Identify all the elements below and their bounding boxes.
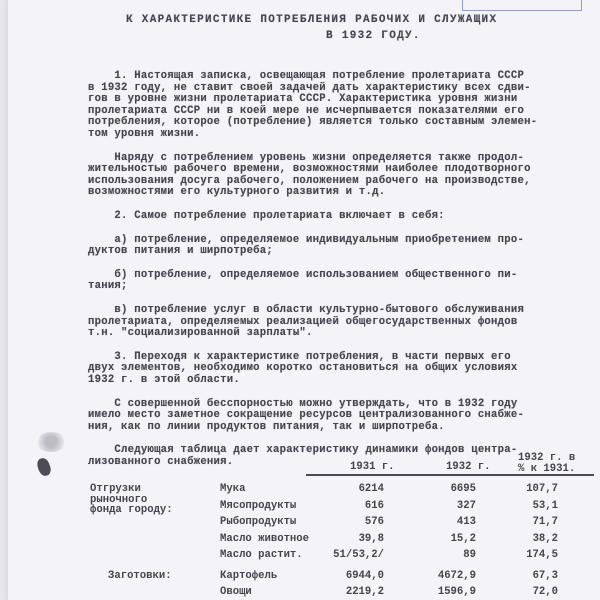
document-page: К ХАРАКТЕРИСТИКЕ ПОТРЕБЛЕНИЯ РАБОЧИХ И С… xyxy=(8,0,600,600)
cell-pct: 107,7 xyxy=(498,483,558,495)
group-label: фонда городу: xyxy=(90,504,173,516)
table-header-rule xyxy=(306,474,594,476)
body-line: 2. Самое потребление пролетариата включа… xyxy=(88,210,445,222)
body-line: двух элементов, необходимо коротко остан… xyxy=(88,362,517,374)
cell-1932: 4672,9 xyxy=(416,570,476,582)
cell-pct: 67,3 xyxy=(498,570,558,582)
cell-1931: 51/53,2/ xyxy=(324,549,384,561)
body-line: 3. Переходя к характеристике потребления… xyxy=(88,351,511,363)
ink-blot xyxy=(35,456,52,477)
body-line: жительностью рабочего времени, возможнос… xyxy=(88,163,531,175)
ink-stain xyxy=(36,432,66,452)
row-item: Рыбопродукты xyxy=(220,516,296,528)
body-line: дуктов питания и ширпотреба; xyxy=(88,245,273,257)
body-line: том уровня жизни. xyxy=(88,128,200,140)
cell-1931: 616 xyxy=(324,500,384,512)
header-1932: 1932 г. xyxy=(446,461,491,473)
body-line: б) потребление, определяемое использован… xyxy=(88,269,517,281)
body-line: потребления, которое (потребление) являе… xyxy=(88,116,537,128)
body-line: пролетариата СССР ни в коей мере не исче… xyxy=(88,105,524,117)
body-line: лизованного снабжения. xyxy=(88,456,233,468)
cell-1931: 6944,0 xyxy=(324,570,384,582)
body-line: использования досуга рабочего, положение… xyxy=(88,175,531,187)
body-line: 1. Настоящая записка, освещающая потребл… xyxy=(88,70,524,82)
body-line: имело место заметное сокращение ресурсов… xyxy=(88,409,524,421)
body-line: в 1932 году, не ставит своей задачей дат… xyxy=(88,82,531,94)
cell-1931: 576 xyxy=(324,516,384,528)
row-item: Масло растит. xyxy=(220,549,303,561)
archive-stamp-box xyxy=(462,0,582,11)
cell-pct: 53,1 xyxy=(498,500,558,512)
cell-1932: 6695 xyxy=(416,483,476,495)
body-line: С совершенной бесспорностью можно утверж… xyxy=(88,398,517,410)
body-line: пролетариата, определяемых реализацией о… xyxy=(88,316,517,328)
row-item: Мясопродукты xyxy=(220,500,296,512)
cell-1932: 1596,9 xyxy=(416,586,476,598)
row-item: Масло животное xyxy=(220,533,309,545)
cell-1932: 89 xyxy=(416,549,476,561)
body-line: в) потребление услуг в области культурно… xyxy=(88,304,524,316)
cell-1932: 15,2 xyxy=(416,533,476,545)
row-item: Мука xyxy=(220,483,245,495)
body-line: т.н. "социализированной зарплаты". xyxy=(88,327,313,339)
body-line: возможностями его культурного развития и… xyxy=(88,186,385,198)
cell-pct: 71,7 xyxy=(498,516,558,528)
cell-1931: 6214 xyxy=(324,483,384,495)
cell-1932: 327 xyxy=(416,500,476,512)
header-1931: 1931 г. xyxy=(350,461,395,473)
page-edge xyxy=(0,0,8,600)
group-label: Заготовки: xyxy=(108,570,172,582)
cell-1931: 39,8 xyxy=(324,533,384,545)
body-line: Наряду с потреблением уровень жизни опре… xyxy=(88,152,524,164)
body-line: тания; xyxy=(88,280,128,292)
document-subtitle: В 1932 ГОДУ. xyxy=(326,30,421,42)
body-line: Следующая таблица дает характеристику ди… xyxy=(88,444,517,456)
document-title: К ХАРАКТЕРИСТИКЕ ПОТРЕБЛЕНИЯ РАБОЧИХ И С… xyxy=(126,14,497,26)
cell-pct: 38,2 xyxy=(498,533,558,545)
row-item: Картофель xyxy=(220,570,277,582)
body-line: ния, как по линии продуктов питания, так… xyxy=(88,421,445,433)
body-line: а) потребление, определяемое индивидуаль… xyxy=(88,234,524,246)
cell-pct: 72,0 xyxy=(498,586,558,598)
body-line: 1932 г. в этой области. xyxy=(88,374,240,386)
cell-pct: 174,5 xyxy=(498,549,558,561)
cell-1931: 2219,2 xyxy=(324,586,384,598)
row-item: Овощи xyxy=(220,586,252,598)
cell-1932: 413 xyxy=(416,516,476,528)
body-line: гов в уровне жизни пролетариата СССР. Ха… xyxy=(88,93,517,105)
